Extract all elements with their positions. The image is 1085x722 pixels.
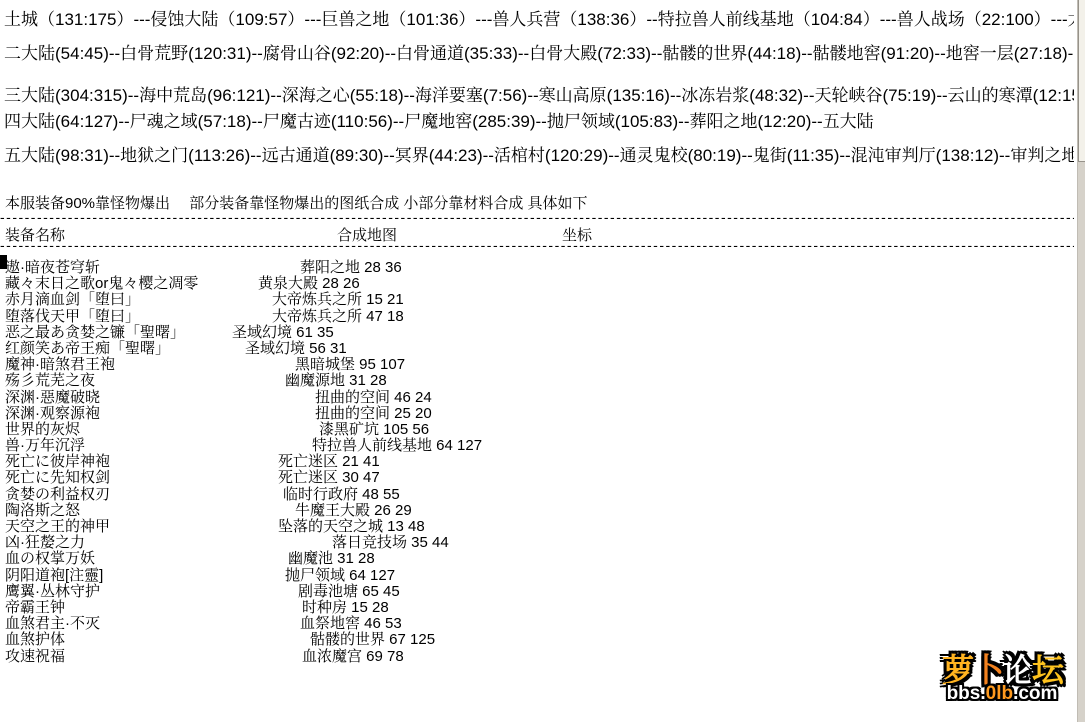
equipment-row: 堕落伐天甲「堕曰」大帝炼兵之所 47 18 [0, 305, 1074, 321]
document-page: 土城（131:175）---侵蚀大陆（109:57）---巨兽之地（101:36… [0, 0, 1077, 722]
equipment-row: 攻速祝福血浓魔宫 69 78 [0, 645, 1074, 661]
equipment-row: 帝霸王钟时种房 15 28 [0, 596, 1074, 612]
separator-line: ----------------------------------------… [0, 237, 1074, 253]
equipment-row: 陶洛斯之怒牛魔王大殿 26 29 [0, 499, 1074, 515]
route-line: 五大陆(98:31)--地狱之门(113:26)--远古通道(89:30)--冥… [4, 146, 1074, 165]
logo-site-part: 0lb [986, 683, 1013, 704]
equipment-row: 阴阳道袍[注靈]抛尸领域 64 127 [0, 564, 1074, 580]
equipment-row: 赤月滴血剑「堕曰」大帝炼兵之所 15 21 [0, 288, 1074, 304]
equipment-row: 藏々末日之歌or鬼々樱之凋零黄泉大殿 28 26 [0, 272, 1074, 288]
equipment-row: 红颜笑あ帝王痴「聖曙」圣域幻境 56 31 [0, 337, 1074, 353]
equipment-row: 恶之最あ贪婪之镰「聖曙」圣域幻境 61 35 [0, 321, 1074, 337]
equipment-row: 凶·狂嫠之力落日竞技场 35 44 [0, 531, 1074, 547]
separator-line: ----------------------------------------… [0, 209, 1074, 225]
equipment-row: 世界的灰烬漆黑矿坑 105 56 [0, 418, 1074, 434]
forum-logo-watermark: 萝卜论坛 bbs.0lb.com [923, 652, 1081, 722]
route-line: 二大陆(54:45)--白骨荒野(120:31)--腐骨山谷(92:20)--白… [4, 44, 1074, 63]
equipment-row: 贪婪の利益权刃临时行政府 48 55 [0, 483, 1074, 499]
equipment-row: 遨·暗夜苍穹斩葬阳之地 28 36 [0, 256, 1074, 272]
equipment-row: 天空之王的神甲坠落的天空之城 13 48 [0, 515, 1074, 531]
equipment-row: 兽·万年沉浮特拉兽人前线基地 64 127 [0, 434, 1074, 450]
equipment-location: 血浓魔宫 69 78 [302, 645, 404, 666]
logo-site-part: .com [1013, 683, 1057, 704]
route-line: 土城（131:175）---侵蚀大陆（109:57）---巨兽之地（101:36… [4, 10, 1074, 29]
scrollbar-thumb[interactable] [1078, 0, 1085, 162]
route-line: 四大陆(64:127)--尸魂之域(57:18)--尸魔古迹(110:56)--… [4, 112, 1074, 131]
equipment-row: 死亡に彼岸神袍死亡迷区 21 41 [0, 450, 1074, 466]
equipment-list: 遨·暗夜苍穹斩葬阳之地 28 36藏々末日之歌or鬼々樱之凋零黄泉大殿 28 2… [0, 256, 1074, 661]
equipment-row: 魔神·暗煞君王袍黑暗城堡 95 107 [0, 353, 1074, 369]
logo-site-url: bbs.0lb.com [923, 684, 1081, 704]
equipment-row: 深渊·惡魔破晓扭曲的空间 46 24 [0, 386, 1074, 402]
equipment-row: 深渊·观察源袍扭曲的空间 25 20 [0, 402, 1074, 418]
vertical-scrollbar[interactable] [1077, 0, 1085, 722]
equipment-row: 血煞护体骷髅的世界 67 125 [0, 628, 1074, 644]
equipment-row: 血の权掌万妖幽魔池 31 28 [0, 547, 1074, 563]
equipment-row: 死亡に先知权剑死亡迷区 30 47 [0, 466, 1074, 482]
equipment-name: 攻速祝福 [5, 645, 65, 666]
equipment-row: 鹰翼·丛林守护剧毒池塘 65 45 [0, 580, 1074, 596]
equipment-row: 殇彡荒芜之夜幽魔源地 31 28 [0, 369, 1074, 385]
route-line: 三大陆(304:315)--海中荒岛(96:121)--深海之心(55:18)-… [4, 86, 1074, 105]
equipment-row: 血煞君主·不灭血祭地窖 46 53 [0, 612, 1074, 628]
logo-site-part: bbs. [947, 683, 986, 704]
